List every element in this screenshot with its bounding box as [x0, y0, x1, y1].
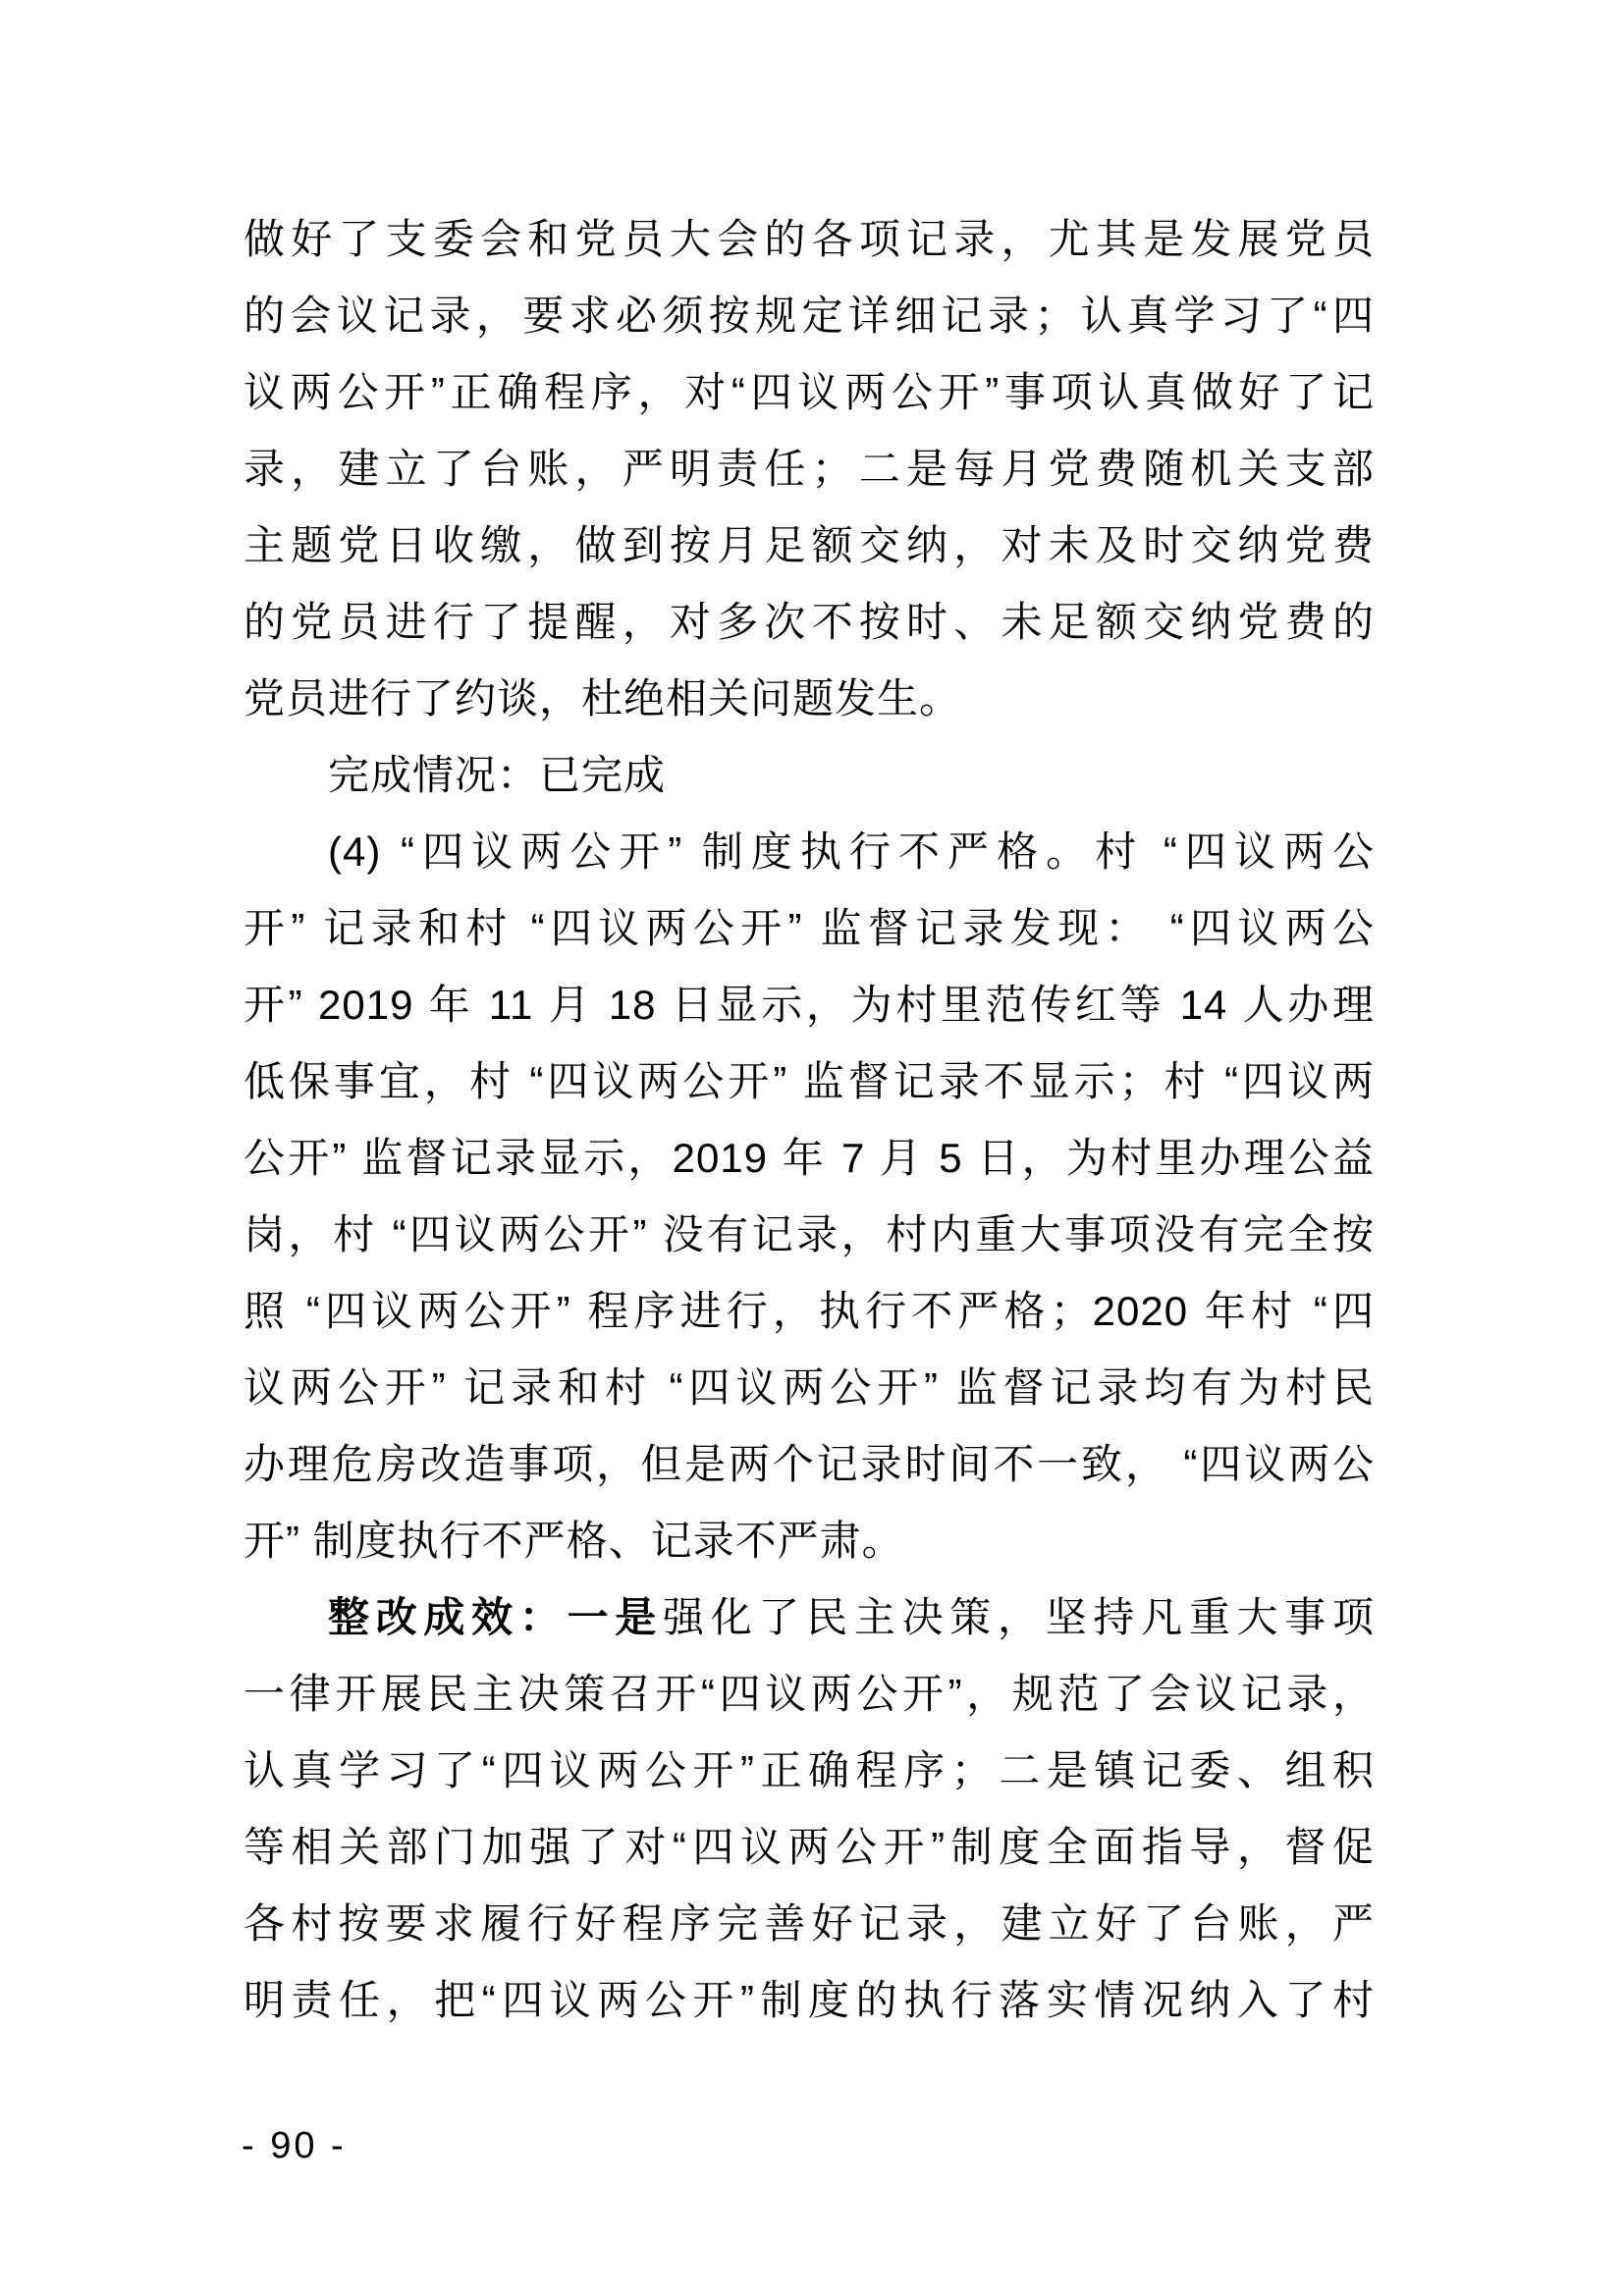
text-line: 整改成效：一是强化了民主决策，坚持凡重大事项: [244, 1579, 1375, 1656]
text-line: 主题党日收缴，做到按月足额交纳，对未及时交纳党费: [244, 507, 1375, 584]
text-line: 开” 2019 年 11 月 18 日显示，为村里范传红等 14 人办理: [244, 967, 1375, 1043]
bold-lead-text: 整改成效：一是: [328, 1594, 663, 1640]
text-line: 的党员进行了提醒，对多次不按时、未足额交纳党费的: [244, 584, 1375, 661]
text-line: 办理危房改造事项，但是两个记录时间不一致， “四议两公: [244, 1426, 1375, 1503]
text-line: 低保事宜，村 “四议两公开” 监督记录不显示；村 “四议两: [244, 1043, 1375, 1120]
text-line: 开” 制度执行不严格、记录不严肃。: [244, 1503, 1375, 1579]
text-line: 议两公开” 记录和村 “四议两公开” 监督记录均有为村民: [244, 1350, 1375, 1426]
text-line: 一律开展民主决策召开“四议两公开”，规范了会议记录，: [244, 1656, 1375, 1733]
text-line: 做好了支委会和党员大会的各项记录，尤其是发展党员: [244, 201, 1375, 278]
text-line: 开” 记录和村 “四议两公开” 监督记录发现： “四议两公: [244, 890, 1375, 967]
text-line: 的会议记录，要求必须按规定详细记录；认真学习了“四: [244, 278, 1375, 354]
text-line: 照 “四议两公开” 程序进行，执行不严格；2020 年村 “四: [244, 1273, 1375, 1350]
text-line: 录，建立了台账，严明责任；二是每月党费随机关支部: [244, 431, 1375, 507]
text-line: (4) “四议两公开” 制度执行不严格。村 “四议两公: [244, 814, 1375, 890]
document-page: 做好了支委会和党员大会的各项记录，尤其是发展党员的会议记录，要求必须按规定详细记…: [0, 0, 1624, 2296]
body-text-block: 做好了支委会和党员大会的各项记录，尤其是发展党员的会议记录，要求必须按规定详细记…: [244, 201, 1375, 2039]
text-line: 议两公开”正确程序，对“四议两公开”事项认真做好了记: [244, 354, 1375, 431]
line-text: 强化了民主决策，坚持凡重大事项: [663, 1594, 1375, 1640]
text-line: 认真学习了“四议两公开”正确程序；二是镇记委、组积: [244, 1733, 1375, 1809]
text-line: 党员进行了约谈，杜绝相关问题发生。: [244, 661, 1375, 737]
text-line: 等相关部门加强了对“四议两公开”制度全面指导，督促: [244, 1809, 1375, 1886]
page-number: - 90 -: [242, 2116, 347, 2175]
text-line: 公开” 监督记录显示，2019 年 7 月 5 日，为村里办理公益: [244, 1120, 1375, 1197]
text-line: 完成情况：已完成: [244, 737, 1375, 814]
text-line: 岗，村 “四议两公开” 没有记录，村内重大事项没有完全按: [244, 1197, 1375, 1273]
text-line: 明责任，把“四议两公开”制度的执行落实情况纳入了村: [244, 1962, 1375, 2039]
text-line: 各村按要求履行好程序完善好记录，建立好了台账，严: [244, 1886, 1375, 1962]
